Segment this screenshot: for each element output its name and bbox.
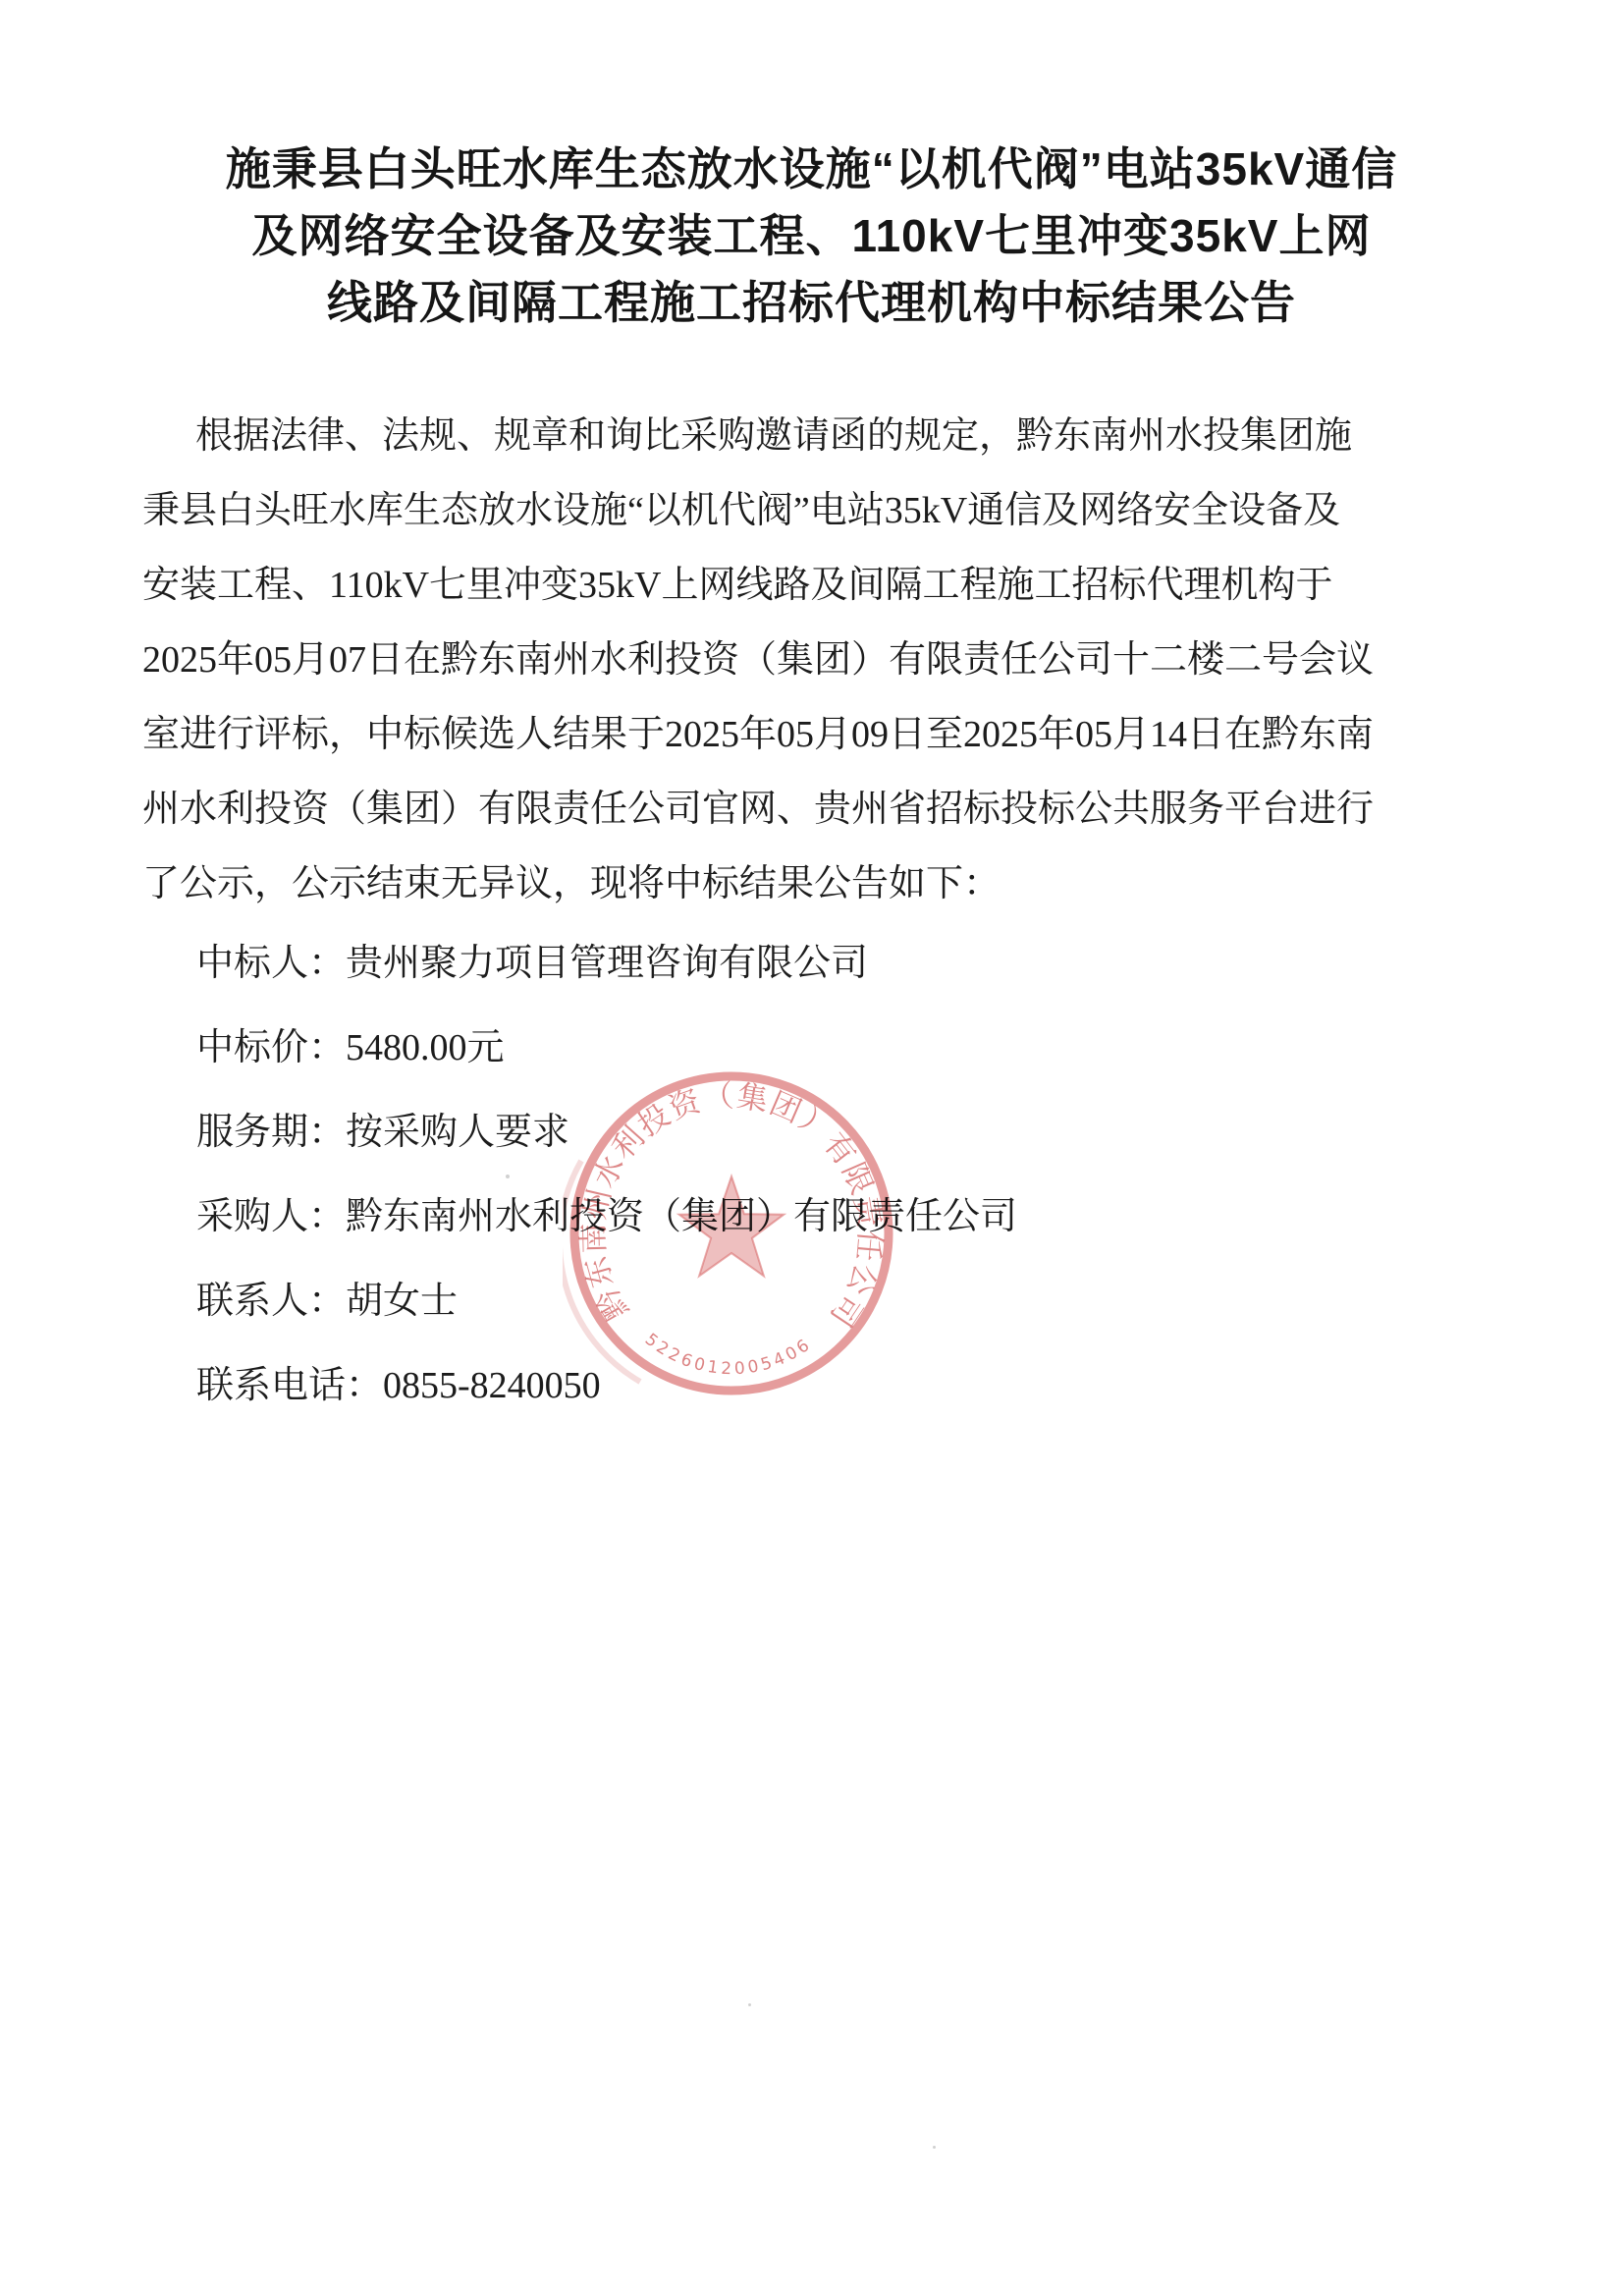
detail-service-period: 服务期：按采购人要求 [142, 1090, 1488, 1175]
detail-value: 黔东南州水利投资（集团）有限责任公司 [346, 1196, 1017, 1237]
detail-contact-person: 联系人：胡女士 [142, 1259, 1488, 1343]
paragraph-line: 了公示，公示结束无异议，现将中标结果公告如下： [142, 847, 1488, 921]
detail-price: 中标价：5480.00元 [142, 1006, 1488, 1090]
scan-speck [436, 1310, 439, 1313]
title-line-1: 施秉县白头旺水库生态放水设施“以机代阀”电站35kV通信 [0, 136, 1623, 202]
scan-speck [933, 2146, 936, 2149]
detail-label: 服务期： [196, 1112, 346, 1153]
detail-label: 中标价： [196, 1027, 346, 1068]
detail-value: 5480.00元 [346, 1027, 505, 1068]
detail-value: 胡女士 [346, 1281, 458, 1322]
document-title: 施秉县白头旺水库生态放水设施“以机代阀”电站35kV通信 及网络安全设备及安装工… [0, 136, 1623, 336]
detail-value: 贵州聚力项目管理咨询有限公司 [346, 943, 868, 984]
scan-speck [506, 1175, 510, 1178]
title-line-2: 及网络安全设备及安装工程、110kV七里冲变35kV上网 [0, 202, 1623, 269]
paragraph-line: 根据法律、法规、规章和询比采购邀请函的规定，黔东南州水投集团施 [142, 399, 1488, 473]
paragraph-line: 秉县白头旺水库生态放水设施“以机代阀”电站35kV通信及网络安全设备及 [142, 473, 1488, 548]
detail-label: 中标人： [196, 943, 346, 984]
paragraph-line: 2025年05月07日在黔东南州水利投资（集团）有限责任公司十二楼二号会议 [142, 623, 1488, 697]
detail-value: 按采购人要求 [346, 1112, 569, 1153]
title-line-3: 线路及间隔工程施工招标代理机构中标结果公告 [0, 269, 1623, 336]
detail-label: 联系电话： [196, 1365, 383, 1406]
detail-purchaser: 采购人：黔东南州水利投资（集团）有限责任公司 [142, 1175, 1488, 1259]
body-paragraph: 根据法律、法规、规章和询比采购邀请函的规定，黔东南州水投集团施 秉县白头旺水库生… [142, 399, 1488, 921]
paragraph-line: 州水利投资（集团）有限责任公司官网、贵州省招标投标公共服务平台进行 [142, 772, 1488, 847]
paragraph-line: 安装工程、110kV七里冲变35kV上网线路及间隔工程施工招标代理机构于 [142, 548, 1488, 623]
detail-label: 联系人： [196, 1281, 346, 1322]
detail-winner: 中标人：贵州聚力项目管理咨询有限公司 [142, 921, 1488, 1006]
scan-speck [748, 2003, 751, 2006]
detail-contact-phone: 联系电话：0855-8240050 [142, 1343, 1488, 1428]
document-page: 施秉县白头旺水库生态放水设施“以机代阀”电站35kV通信 及网络安全设备及安装工… [0, 0, 1623, 2296]
result-details: 中标人：贵州聚力项目管理咨询有限公司 中标价：5480.00元 服务期：按采购人… [142, 921, 1488, 1428]
detail-label: 采购人： [196, 1196, 346, 1237]
paragraph-line: 室进行评标，中标候选人结果于2025年05月09日至2025年05月14日在黔东… [142, 697, 1488, 772]
detail-value: 0855-8240050 [383, 1365, 601, 1406]
